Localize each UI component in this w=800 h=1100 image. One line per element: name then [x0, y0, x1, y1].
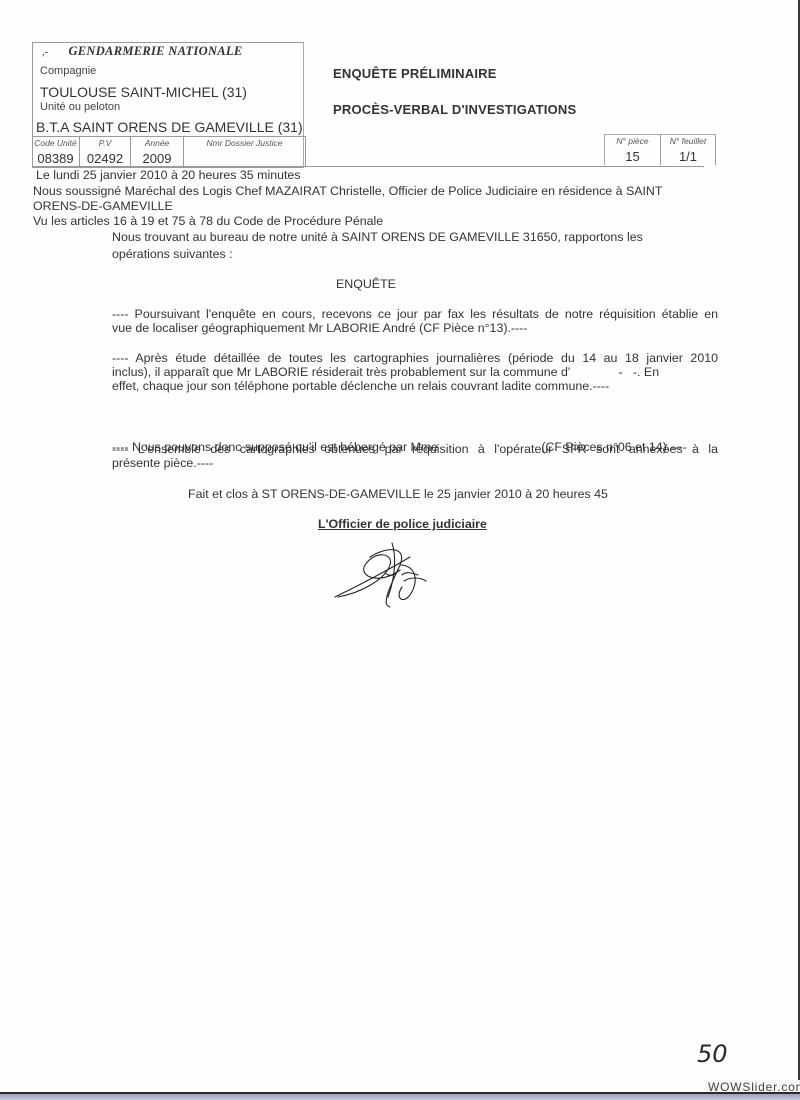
paragraph-2-line-3: effet, chaque jour son téléphone portabl… [112, 379, 718, 393]
location-line-2: opérations suivantes : [112, 247, 233, 261]
paragraph-4-line-2: présente pièce.---- [112, 456, 718, 470]
page-number: 50 [697, 1040, 728, 1068]
unite-value: B.T.A SAINT ORENS DE GAMEVILLE (31) [36, 119, 303, 135]
institution-text: GENDARMERIE NATIONALE [68, 44, 242, 58]
unit-codes-row: Code Unité 08389 P.V 02492 Année 2009 Nm… [32, 136, 306, 166]
code-unite-value: 08389 [32, 151, 79, 166]
document-page: ,-GENDARMERIE NATIONALE Compagnie TOULOU… [0, 0, 800, 1092]
paragraph-2-line-2: inclus), il apparaît que Mr LABORIE rési… [112, 365, 718, 379]
paragraph-2: ---- Après étude détaillée de toutes les… [112, 351, 718, 393]
pv-cell: P.V 02492 [80, 136, 131, 167]
feuillet-label: N° feuillet [661, 136, 715, 146]
annee-label: Année [131, 138, 183, 148]
paragraph-1-line-2: vue de localiser géographiquement Mr LAB… [112, 321, 718, 335]
dossier-justice-cell: Nmr Dossier Justice [184, 136, 306, 167]
code-unite-label: Code Unité [32, 138, 79, 148]
code-unite-cell: Code Unité 08389 [32, 136, 80, 167]
articles-line: Vu les articles 16 à 19 et 75 à 78 du Co… [33, 214, 383, 228]
dossier-justice-label: Nmr Dossier Justice [184, 138, 305, 148]
paragraph-1-line-1: ---- Poursuivant l'enquête en cours, rec… [112, 307, 718, 321]
signatory-title: L'Officier de police judiciaire [318, 517, 487, 531]
paragraph-1: ---- Poursuivant l'enquête en cours, rec… [112, 307, 718, 335]
compagnie-label: Compagnie [40, 65, 96, 77]
title-proces-verbal: PROCÈS-VERBAL D'INVESTIGATIONS [333, 102, 576, 117]
feuillet-value: 1/1 [661, 149, 715, 164]
piece-row: N° pièce 15 N° feuillet 1/1 [604, 134, 716, 165]
annee-cell: Année 2009 [131, 136, 184, 167]
piece-value: 15 [605, 149, 660, 164]
institution-name: ,-GENDARMERIE NATIONALE [42, 44, 243, 59]
paragraph-2-line-1: ---- Après étude détaillée de toutes les… [112, 351, 718, 365]
header-divider [32, 166, 704, 167]
piece-label: N° pièce [605, 136, 660, 146]
officer-line-1: Nous soussigné Maréchal des Logis Chef M… [33, 184, 662, 198]
closing-line: Fait et clos à ST ORENS-DE-GAMEVILLE le … [188, 487, 608, 501]
section-title: ENQUÊTE [336, 277, 396, 291]
date-line: Le lundi 25 janvier 2010 à 20 heures 35 … [36, 168, 301, 182]
feuillet-cell: N° feuillet 1/1 [661, 135, 716, 165]
annee-value: 2009 [131, 151, 183, 166]
location-line-1: Nous trouvant au bureau de notre unité à… [112, 230, 643, 244]
pv-label: P.V [80, 138, 130, 148]
signature-icon [330, 535, 450, 610]
compagnie-value: TOULOUSE SAINT-MICHEL (31) [40, 84, 247, 100]
pv-value: 02492 [80, 151, 130, 166]
piece-cell: N° pièce 15 [605, 135, 661, 165]
institution-mark: ,- [42, 47, 48, 58]
bottom-frame-bar [0, 1092, 800, 1100]
title-enquete-preliminaire: ENQUÊTE PRÉLIMINAIRE [333, 66, 497, 81]
officer-line-2: ORENS-DE-GAMEVILLE [33, 199, 173, 213]
paragraph-4-line-1: ---- L'ensemble des cartographies obtenu… [112, 442, 718, 456]
paragraph-4: ---- L'ensemble des cartographies obtenu… [112, 442, 718, 470]
unite-label: Unité ou peloton [40, 101, 120, 113]
